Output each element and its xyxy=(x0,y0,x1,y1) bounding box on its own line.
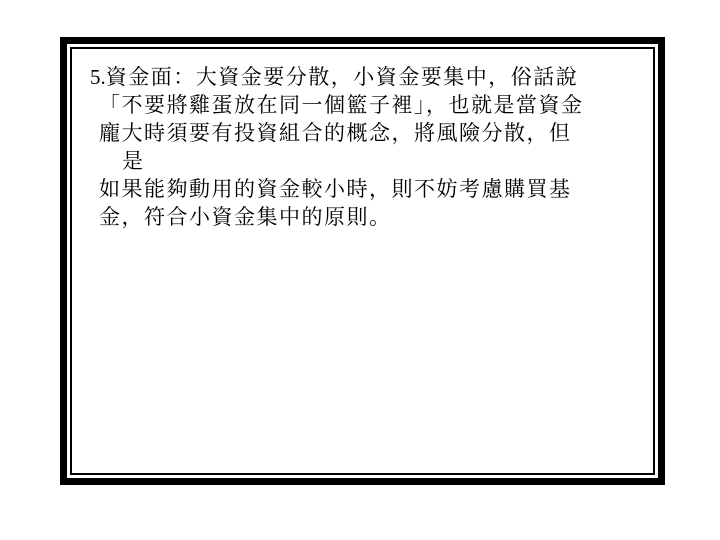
slide-frame-outer: 5.資金面：大資金要分散，小資金要集中，俗話說 「不要將雞蛋放在同一個籃子裡」，… xyxy=(60,37,665,485)
text-line-1-content: 資金面：大資金要分散，小資金要集中，俗話說 xyxy=(106,65,579,89)
slide-text-body: 5.資金面：大資金要分散，小資金要集中，俗話說 「不要將雞蛋放在同一個籃子裡」，… xyxy=(90,63,643,231)
slide-frame-inner: 5.資金面：大資金要分散，小資金要集中，俗話說 「不要將雞蛋放在同一個籃子裡」，… xyxy=(70,47,655,475)
text-line-4: 是 xyxy=(90,147,643,175)
text-line-3: 龐大時須要有投資組合的概念，將風險分散，但 xyxy=(90,119,643,147)
text-line-2: 「不要將雞蛋放在同一個籃子裡」，也就是當資金 xyxy=(90,91,643,119)
text-line-1: 5.資金面：大資金要分散，小資金要集中，俗話說 xyxy=(90,63,643,91)
text-line-5: 如果能夠動用的資金較小時，則不妨考慮購買基 xyxy=(90,175,643,203)
text-line-6: 金，符合小資金集中的原則。 xyxy=(90,203,643,231)
item-number: 5. xyxy=(90,65,106,89)
